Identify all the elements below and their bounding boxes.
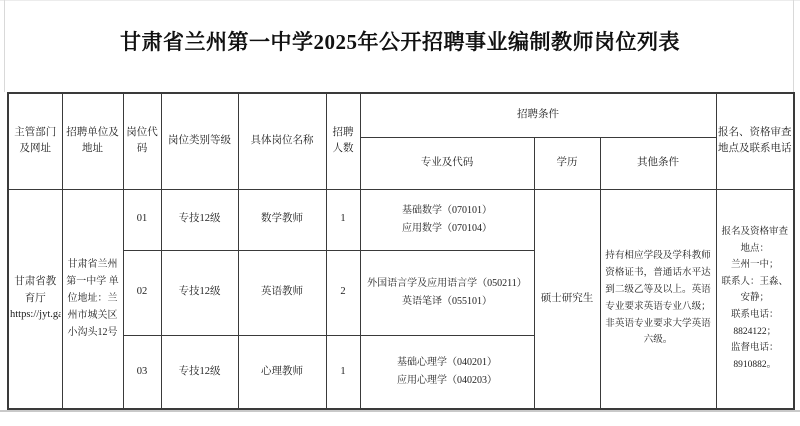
- header-department: 主管部门及网址: [8, 93, 62, 189]
- cell-post-code: 03: [123, 335, 161, 409]
- cell-post-name: 数学教师: [238, 189, 326, 250]
- cell-major: 基础数学（070101） 应用数学（070104）: [360, 189, 534, 250]
- header-headcount: 招聘人数: [326, 93, 360, 189]
- cell-post-category: 专技12级: [161, 335, 238, 409]
- cell-post-code: 01: [123, 189, 161, 250]
- cell-other-conditions: 持有相应学段及学科教师资格证书，普通话水平达到二级乙等及以上。英语专业要求英语专…: [600, 189, 716, 409]
- table-bottom-shadow: [0, 410, 800, 412]
- page-top-edge: [0, 0, 800, 1]
- cell-headcount: 1: [326, 189, 360, 250]
- cell-post-category: 专技12级: [161, 250, 238, 335]
- page-title: 甘肃省兰州第一中学2025年公开招聘事业编制教师岗位列表: [0, 26, 800, 56]
- position-row-01: 甘肃省教育厅 https://jyt.ga 甘肃省兰州第一中学 单位地址：兰州市…: [8, 189, 794, 250]
- header-other-conditions: 其他条件: [600, 137, 716, 189]
- cell-post-category: 专技12级: [161, 189, 238, 250]
- cell-post-name: 心理教师: [238, 335, 326, 409]
- header-major: 专业及代码: [360, 137, 534, 189]
- header-contact: 报名、资格审查地点及联系电话: [716, 93, 794, 189]
- header-conditions-group: 招聘条件: [360, 93, 716, 137]
- department-name: 甘肃省教育厅: [10, 274, 61, 307]
- cell-major: 基础心理学（040201） 应用心理学（040203）: [360, 335, 534, 409]
- header-employer: 招聘单位及地址: [62, 93, 123, 189]
- cell-headcount: 1: [326, 335, 360, 409]
- header-post-category: 岗位类别等级: [161, 93, 238, 189]
- cell-employer: 甘肃省兰州第一中学 单位地址：兰州市城关区小沟头12号: [62, 189, 123, 409]
- recruitment-table: 主管部门及网址 招聘单位及地址 岗位代码 岗位类别等级 具体岗位名称 招聘人数 …: [7, 92, 795, 410]
- cell-major: 外国语言学及应用语言学（050211） 英语笔译（055101）: [360, 250, 534, 335]
- header-post-code: 岗位代码: [123, 93, 161, 189]
- cell-education: 硕士研究生: [534, 189, 600, 409]
- cell-contact: 报名及资格审查地点： 兰州一中； 联系人：王淼、安静； 联系电话： 882412…: [716, 189, 794, 409]
- header-row-1: 主管部门及网址 招聘单位及地址 岗位代码 岗位类别等级 具体岗位名称 招聘人数 …: [8, 93, 794, 137]
- header-education: 学历: [534, 137, 600, 189]
- cell-headcount: 2: [326, 250, 360, 335]
- header-post-name: 具体岗位名称: [238, 93, 326, 189]
- department-url: https://jyt.ga: [10, 307, 61, 323]
- cell-post-code: 02: [123, 250, 161, 335]
- cell-post-name: 英语教师: [238, 250, 326, 335]
- cell-department: 甘肃省教育厅 https://jyt.ga: [8, 189, 62, 409]
- header-headcount-label: 招聘人数: [331, 125, 355, 158]
